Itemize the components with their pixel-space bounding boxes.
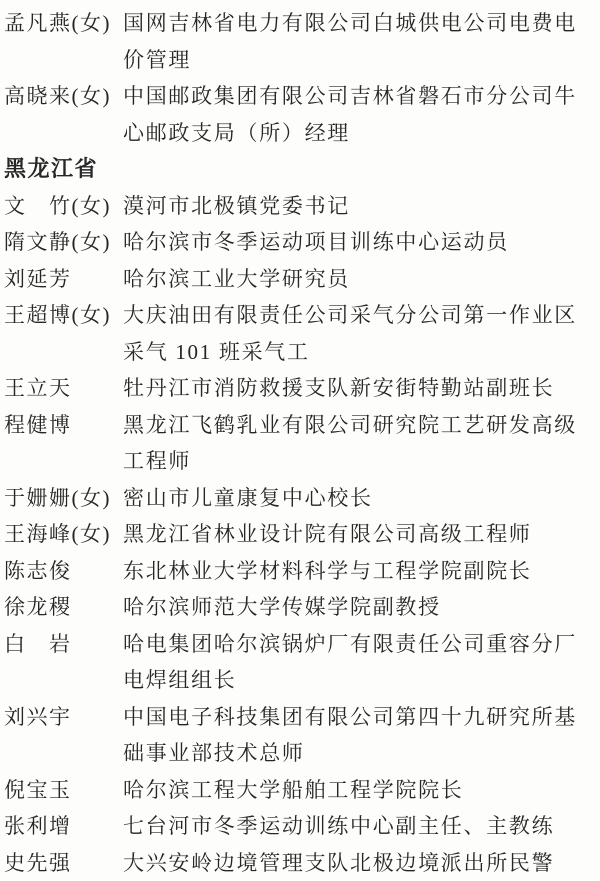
person-name: 倪宝玉	[4, 772, 123, 809]
person-name: 于姗姗(女)	[4, 480, 123, 517]
person-title: 黑龙江省林业设计院有限公司高级工程师	[123, 516, 583, 553]
person-title: 密山市儿童康复中心校长	[123, 480, 583, 517]
person-title: 大庆油田有限责任公司采气分公司第一作业区 采气 101 班采气工	[123, 297, 583, 370]
person-title: 中国邮政集团有限公司吉林省磐石市分公司牛 心邮政支局（所）经理	[123, 78, 583, 151]
province-section-header: 黑龙江省	[4, 151, 600, 188]
list-item: 王立天 牡丹江市消防救援支队新安街特勤站副班长	[4, 370, 600, 407]
person-title: 大兴安岭边境管理支队北极边境派出所民警	[123, 845, 583, 881]
list-item: 王海峰(女) 黑龙江省林业设计院有限公司高级工程师	[4, 516, 600, 553]
person-title: 七台河市冬季运动训练中心副主任、主教练	[123, 808, 583, 845]
list-item: 程健博 黑龙江飞鹤乳业有限公司研究院工艺研发高级 工程师	[4, 407, 600, 480]
list-item: 陈志俊 东北林业大学材料科学与工程学院副院长	[4, 553, 600, 590]
list-item: 隋文静(女) 哈尔滨市冬季运动项目训练中心运动员	[4, 224, 600, 261]
person-name: 白 岩	[4, 626, 123, 663]
person-title: 牡丹江市消防救援支队新安街特勤站副班长	[123, 370, 583, 407]
list-item: 孟凡燕(女) 国网吉林省电力有限公司白城供电公司电费电 价管理	[4, 5, 600, 78]
person-title: 国网吉林省电力有限公司白城供电公司电费电 价管理	[123, 5, 583, 78]
person-name: 隋文静(女)	[4, 224, 123, 261]
person-title: 哈尔滨工程大学船舶工程学院院长	[123, 772, 583, 809]
person-name: 程健博	[4, 407, 123, 444]
person-name: 文 竹(女)	[4, 188, 123, 225]
list-item: 倪宝玉 哈尔滨工程大学船舶工程学院院长	[4, 772, 600, 809]
person-name: 高晓来(女)	[4, 78, 123, 115]
person-title: 哈尔滨市冬季运动项目训练中心运动员	[123, 224, 583, 261]
list-item: 文 竹(女) 漠河市北极镇党委书记	[4, 188, 600, 225]
person-name: 史先强	[4, 845, 123, 881]
person-name: 张利增	[4, 808, 123, 845]
person-name: 王海峰(女)	[4, 516, 123, 553]
person-name: 王超博(女)	[4, 297, 123, 334]
person-title: 黑龙江飞鹤乳业有限公司研究院工艺研发高级 工程师	[123, 407, 583, 480]
person-name: 王立天	[4, 370, 123, 407]
person-title: 漠河市北极镇党委书记	[123, 188, 583, 225]
person-title: 中国电子科技集团有限公司第四十九研究所基 础事业部技术总师	[123, 699, 583, 772]
person-title: 哈电集团哈尔滨锅炉厂有限责任公司重容分厂 电焊组组长	[123, 626, 583, 699]
person-name: 徐龙稷	[4, 589, 123, 626]
person-name: 陈志俊	[4, 553, 123, 590]
person-title: 东北林业大学材料科学与工程学院副院长	[123, 553, 583, 590]
person-name: 刘兴宇	[4, 699, 123, 736]
list-item: 张利增 七台河市冬季运动训练中心副主任、主教练	[4, 808, 600, 845]
list-item: 史先强 大兴安岭边境管理支队北极边境派出所民警	[4, 845, 600, 881]
list-item: 于姗姗(女) 密山市儿童康复中心校长	[4, 480, 600, 517]
person-name: 孟凡燕(女)	[4, 5, 123, 42]
list-item: 刘兴宇 中国电子科技集团有限公司第四十九研究所基 础事业部技术总师	[4, 699, 600, 772]
person-title: 哈尔滨师范大学传媒学院副教授	[123, 589, 583, 626]
list-item: 徐龙稷 哈尔滨师范大学传媒学院副教授	[4, 589, 600, 626]
list-item: 白 岩 哈电集团哈尔滨锅炉厂有限责任公司重容分厂 电焊组组长	[4, 626, 600, 699]
person-name: 刘延芳	[4, 261, 123, 298]
list-item: 高晓来(女) 中国邮政集团有限公司吉林省磐石市分公司牛 心邮政支局（所）经理	[4, 78, 600, 151]
person-title: 哈尔滨工业大学研究员	[123, 261, 583, 298]
list-item: 王超博(女) 大庆油田有限责任公司采气分公司第一作业区 采气 101 班采气工	[4, 297, 600, 370]
document-page: 孟凡燕(女) 国网吉林省电力有限公司白城供电公司电费电 价管理 高晓来(女) 中…	[0, 0, 600, 881]
list-item: 刘延芳 哈尔滨工业大学研究员	[4, 261, 600, 298]
